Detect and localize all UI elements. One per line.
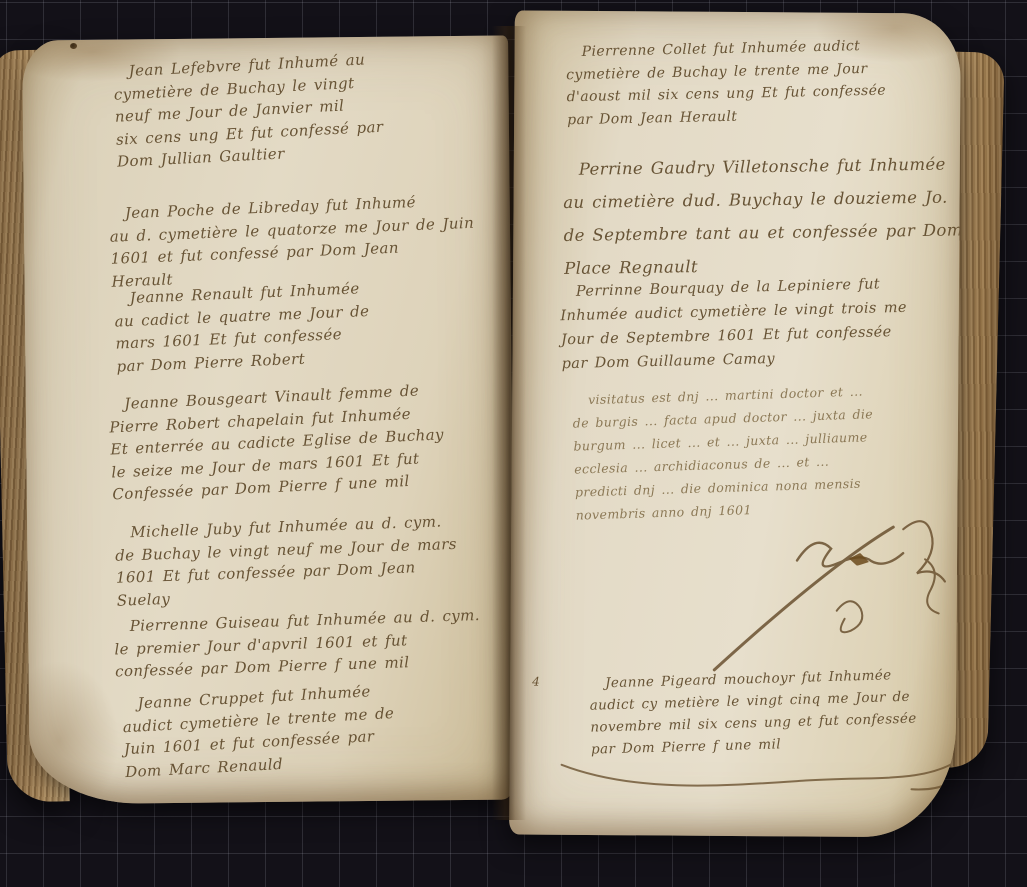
burial-entry: Perrinne Bourquay de la Lepiniere fut In… [560, 272, 909, 376]
burial-entry: Jeanne Renault fut Inhumée au cadict le … [113, 277, 371, 378]
wormhole-dot [70, 43, 77, 49]
margin-mark: 4 [532, 675, 540, 689]
signature-flourish [688, 498, 961, 685]
burial-entry: Pierrenne Guiseau fut Inhumée au d. cym.… [113, 604, 481, 683]
entry-line: au cimetière dud. Buychay le douzieme Jo… [563, 180, 961, 219]
manuscript-photo: Jean Lefebvre fut Inhumé au cymetière de… [0, 0, 1027, 887]
burial-entry: Michelle Juby fut Inhumée au d. cym. de … [114, 510, 459, 612]
page-number: 70 [953, 28, 961, 46]
book-gutter-shadow [492, 26, 526, 820]
entry-line: Perrine Gaudry Villetonsche fut Inhumée [563, 147, 961, 186]
entry-line: de Septembre tant au et confessée par Do… [563, 213, 960, 252]
right-page: 70 Pierrenne Collet fut Inhumée audict c… [509, 10, 961, 837]
burial-entry: Jean Lefebvre fut Inhumé au cymetière de… [112, 48, 385, 173]
burial-entry: Jean Poche de Libreday fut Inhumé au d. … [109, 189, 477, 293]
burial-entry: Jeanne Bousgeart Vinault femme de Pierre… [108, 378, 447, 506]
left-page: Jean Lefebvre fut Inhumé au cymetière de… [22, 35, 516, 804]
burial-entry: Pierrenne Collet fut Inhumée audict cyme… [565, 35, 886, 132]
burial-entry: Jeanne Cruppet fut Inhumée audict cymeti… [121, 679, 397, 783]
underline-flourish [555, 739, 961, 812]
burial-entry: Perrine Gaudry Villetonsche fut Inhumée … [563, 147, 961, 285]
